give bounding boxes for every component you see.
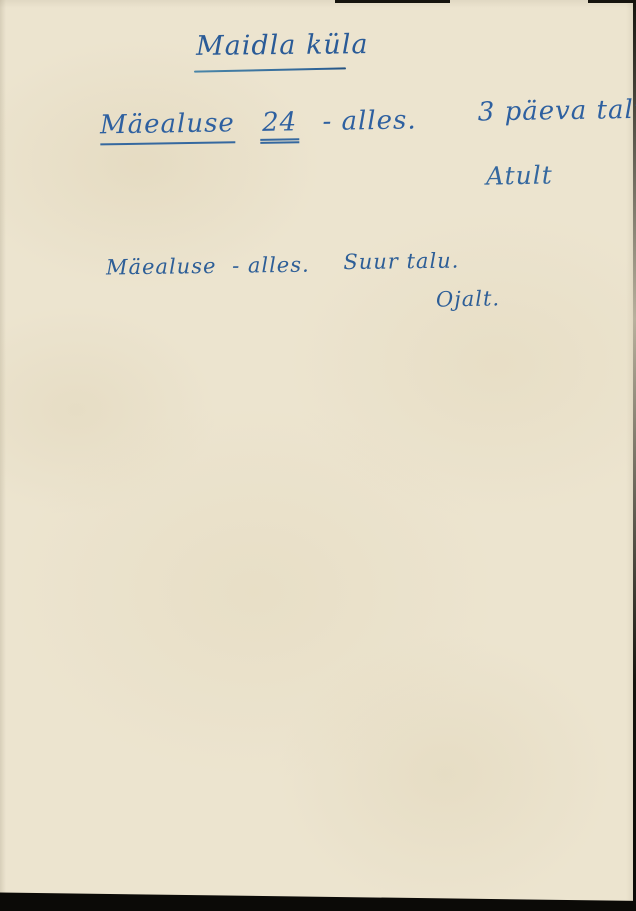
entry-note: 3 päeva talu. [478, 95, 636, 128]
entry-status: - alles. [232, 253, 310, 278]
entry-status: - alles. [322, 105, 417, 136]
attribution: Atult [486, 160, 553, 190]
title-underline [194, 67, 346, 72]
farm-name: Mäealuse [100, 108, 235, 145]
scan-edge-top [335, 0, 450, 3]
farm-name: Mäealuse [106, 254, 217, 280]
scan-edge-top-right [588, 0, 636, 3]
attribution: Ojalt. [436, 286, 501, 311]
entry-row: Mäealuse - alles. Suur talu. [106, 251, 460, 280]
page-title: Maidla küla [196, 29, 369, 62]
scanned-page: Maidla küla Mäealuse 24 - alles. 3 päeva… [0, 0, 636, 911]
farm-number: 24 [260, 107, 300, 144]
entry-note: Suur talu. [343, 249, 459, 275]
scan-edge-bottom [0, 890, 636, 911]
entry-row: Mäealuse 24 - alles. 3 päeva talu. [100, 102, 636, 141]
